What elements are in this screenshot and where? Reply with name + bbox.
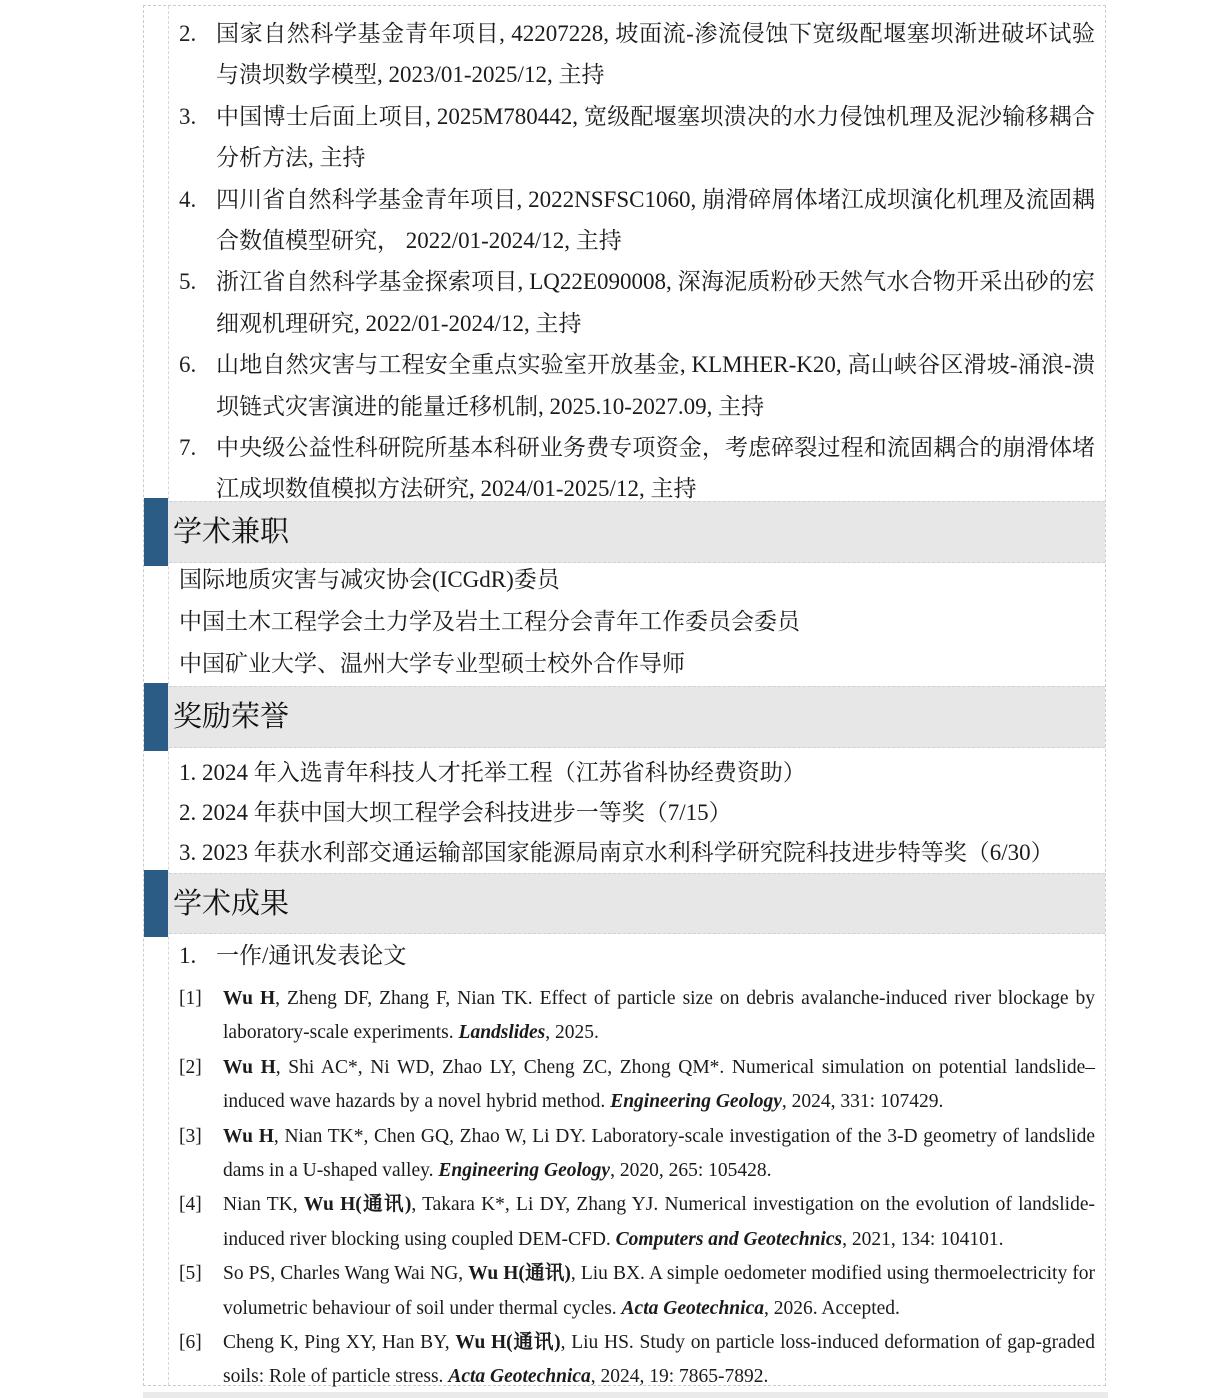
journal-name: Acta Geotechnica: [622, 1298, 764, 1319]
position-line: 中国土木工程学会土力学及岩土工程分会青年工作委员会委员: [179, 601, 1095, 643]
reference-text: Cheng K, Ping XY, Han BY, Wu H(通讯), Liu …: [223, 1326, 1105, 1395]
project-number: 4.: [179, 179, 216, 220]
project-item: 5.浙江省自然科学基金探索项目, LQ22E090008, 深海泥质粉砂天然气水…: [144, 261, 1105, 344]
reference-segment: So PS, Charles Wang Wai NG,: [223, 1263, 468, 1284]
reference-label: [2]: [179, 1051, 223, 1085]
journal-name: Acta Geotechnica: [448, 1366, 590, 1387]
next-section-band-sliver: [143, 1392, 1108, 1398]
project-item: 6.山地自然灾害与工程安全重点实验室开放基金, KLMHER-K20, 高山峡谷…: [144, 344, 1105, 427]
reference-text: Wu H, Nian TK*, Chen GQ, Zhao W, Li DY. …: [223, 1120, 1105, 1189]
project-text: 中国博士后面上项目, 2025M780442, 宽级配堰塞坝溃决的水力侵蚀机理及…: [216, 96, 1105, 179]
project-text: 四川省自然科学基金青年项目, 2022NSFSC1060, 崩滑碎屑体堵江成坝演…: [216, 179, 1105, 262]
project-number: 2.: [179, 13, 216, 54]
content-area: 2.国家自然科学基金青年项目, 42207228, 坡面流-渗流侵蚀下宽级配堰塞…: [143, 5, 1106, 1386]
highlighted-author: Wu H: [223, 988, 275, 1009]
reference-label: [1]: [179, 982, 223, 1016]
publications-subtitle-text: 一作/通讯发表论文: [216, 943, 406, 968]
award-line: 3. 2023 年获水利部交通运输部国家能源局南京水利科学研究院科技进步特等奖（…: [179, 833, 1095, 873]
reference-segment: Nian TK,: [223, 1194, 304, 1215]
reference-text: Wu H, Zheng DF, Zhang F, Nian TK. Effect…: [223, 982, 1105, 1051]
journal-name: Engineering Geology: [610, 1091, 782, 1112]
position-line: 中国矿业大学、温州大学专业型硕士校外合作导师: [179, 643, 1095, 685]
section-title: 学术兼职: [173, 502, 1105, 562]
section-accent-bar: [144, 683, 168, 751]
publications-subtitle-number: 1.: [179, 938, 216, 974]
reference-text: Nian TK, Wu H(通讯), Takara K*, Li DY, Zha…: [223, 1188, 1105, 1257]
reference-segment: , 2024, 19: 7865-7892.: [591, 1366, 769, 1387]
reference-segment: , 2024, 331: 107429.: [782, 1091, 943, 1112]
publications-subtitle: 1.一作/通讯发表论文: [179, 938, 1105, 974]
project-item: 7.中央级公益性科研院所基本科研业务费专项资金，考虑碎裂过程和流固耦合的崩滑体堵…: [144, 427, 1105, 510]
section-title: 学术成果: [173, 874, 1105, 934]
reference-label: [3]: [179, 1120, 223, 1154]
project-number: 7.: [179, 427, 216, 468]
highlighted-author: Wu H: [223, 1126, 274, 1147]
references-list: [1]Wu H, Zheng DF, Zhang F, Nian TK. Eff…: [144, 982, 1105, 1395]
section-header-awards-honors: 奖励荣誉: [144, 686, 1105, 748]
reference-item: [3]Wu H, Nian TK*, Chen GQ, Zhao W, Li D…: [144, 1120, 1105, 1189]
projects-list: 2.国家自然科学基金青年项目, 42207228, 坡面流-渗流侵蚀下宽级配堰塞…: [144, 13, 1105, 510]
reference-item: [2]Wu H, Shi AC*, Ni WD, Zhao LY, Cheng …: [144, 1051, 1105, 1120]
section-title: 奖励荣誉: [173, 687, 1105, 747]
reference-label: [6]: [179, 1326, 223, 1360]
reference-label: [4]: [179, 1188, 223, 1222]
award-line: 2. 2024 年获中国大坝工程学会科技进步一等奖（7/15）: [179, 793, 1095, 833]
project-number: 5.: [179, 261, 216, 302]
journal-name: Landslides: [459, 1022, 546, 1043]
award-line: 1. 2024 年入选青年科技人才托举工程（江苏省科协经费资助）: [179, 753, 1095, 793]
highlighted-author: Wu H(通讯): [468, 1263, 571, 1284]
reference-text: So PS, Charles Wang Wai NG, Wu H(通讯), Li…: [223, 1257, 1105, 1326]
project-text: 山地自然灾害与工程安全重点实验室开放基金, KLMHER-K20, 高山峡谷区滑…: [216, 344, 1105, 427]
journal-name: Engineering Geology: [438, 1160, 610, 1181]
reference-segment: , 2020, 265: 105428.: [610, 1160, 771, 1181]
project-text: 中央级公益性科研院所基本科研业务费专项资金，考虑碎裂过程和流固耦合的崩滑体堵江成…: [216, 427, 1105, 510]
project-item: 3.中国博士后面上项目, 2025M780442, 宽级配堰塞坝溃决的水力侵蚀机…: [144, 96, 1105, 179]
reference-item: [6]Cheng K, Ping XY, Han BY, Wu H(通讯), L…: [144, 1326, 1105, 1395]
document-page: 2.国家自然科学基金青年项目, 42207228, 坡面流-渗流侵蚀下宽级配堰塞…: [0, 0, 1222, 1398]
reference-item: [4]Nian TK, Wu H(通讯), Takara K*, Li DY, …: [144, 1188, 1105, 1257]
reference-item: [1]Wu H, Zheng DF, Zhang F, Nian TK. Eff…: [144, 982, 1105, 1051]
highlighted-author: Wu H: [223, 1057, 276, 1078]
reference-segment: , 2026. Accepted.: [764, 1298, 900, 1319]
project-text: 国家自然科学基金青年项目, 42207228, 坡面流-渗流侵蚀下宽级配堰塞坝渐…: [216, 13, 1105, 96]
reference-segment: , 2025.: [545, 1022, 599, 1043]
project-item: 2.国家自然科学基金青年项目, 42207228, 坡面流-渗流侵蚀下宽级配堰塞…: [144, 13, 1105, 96]
section-header-academic-achievements: 学术成果: [144, 873, 1105, 934]
section-header-academic-service: 学术兼职: [144, 501, 1105, 563]
journal-name: Computers and Geotechnics: [616, 1229, 842, 1250]
reference-item: [5]So PS, Charles Wang Wai NG, Wu H(通讯),…: [144, 1257, 1105, 1326]
project-number: 6.: [179, 344, 216, 385]
project-number: 3.: [179, 96, 216, 137]
reference-segment: Cheng K, Ping XY, Han BY,: [223, 1332, 455, 1353]
section-accent-bar: [144, 498, 168, 566]
position-line: 国际地质灾害与减灾协会(ICGdR)委员: [179, 559, 1095, 601]
highlighted-author: Wu H(通讯): [304, 1194, 411, 1215]
academic-positions-list: 国际地质灾害与减灾协会(ICGdR)委员中国土木工程学会土力学及岩土工程分会青年…: [144, 559, 1105, 685]
awards-list: 1. 2024 年入选青年科技人才托举工程（江苏省科协经费资助）2. 2024 …: [144, 753, 1105, 873]
section-accent-bar: [144, 870, 168, 937]
reference-segment: , 2021, 134: 104101.: [842, 1229, 1003, 1250]
project-text: 浙江省自然科学基金探索项目, LQ22E090008, 深海泥质粉砂天然气水合物…: [216, 261, 1105, 344]
highlighted-author: Wu H(通讯): [455, 1332, 560, 1353]
reference-text: Wu H, Shi AC*, Ni WD, Zhao LY, Cheng ZC,…: [223, 1051, 1105, 1120]
reference-label: [5]: [179, 1257, 223, 1291]
reference-segment: , Zheng DF, Zhang F, Nian TK. Effect of …: [223, 988, 1095, 1043]
project-item: 4.四川省自然科学基金青年项目, 2022NSFSC1060, 崩滑碎屑体堵江成…: [144, 179, 1105, 262]
